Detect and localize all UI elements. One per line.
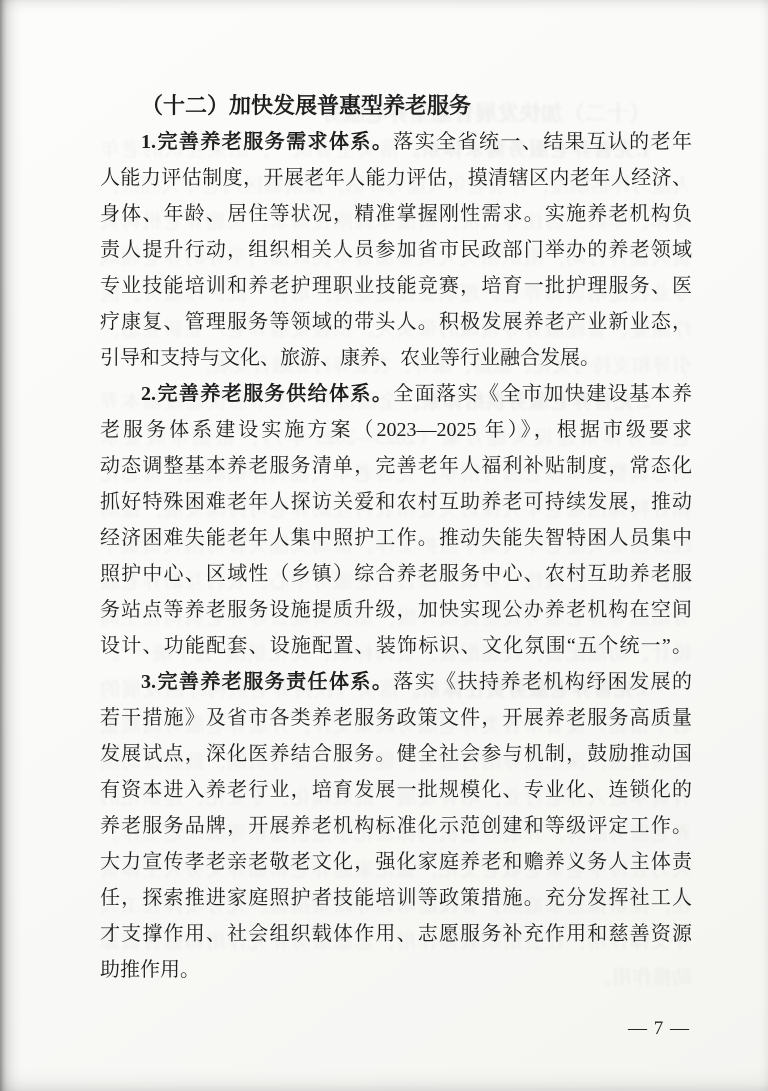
text-line: 动态调整基本养老服务清单，完善老年人福利补贴制度，常态化 xyxy=(100,448,692,484)
paragraph-text: 落实全省统一、结果互认的老年 xyxy=(393,131,692,153)
paragraph-text: 照护中心、区域性（乡镇）综合养老服务中心、农村互助养老服 xyxy=(100,563,692,585)
text-line: 责人提升行动，组织相关人员参加省市民政部门举办的养老领域 xyxy=(100,232,692,268)
text-line: 老服务体系建设实施方案（2023—2025 年）》，根据市级要求 xyxy=(100,412,692,448)
text-line: 疗康复、管理服务等领域的带头人。积极发展养老产业新业态， xyxy=(100,304,692,340)
text-line: 1.完善养老服务需求体系。落实全省统一、结果互认的老年 xyxy=(100,124,692,160)
paragraph-text: 若干措施》及省市各类养老服务政策文件，开展养老服务高质量 xyxy=(100,707,692,729)
text-line: 身体、年龄、居住等状况，精准掌握刚性需求。实施养老机构负 xyxy=(100,196,692,232)
paragraph-text: 经济困难失能老年人集中照护工作。推动失能失智特困人员集中 xyxy=(100,527,692,549)
document-page: （十二）加快发展普惠型养老服务 1.完善养老服务需求体系。落实全省统一、结果互认… xyxy=(0,0,768,1091)
paragraph-text: 人能力评估制度，开展老年人能力评估，摸清辖区内老年人经济、 xyxy=(100,167,692,189)
text-line: 有资本进入养老行业，培育发展一批规模化、专业化、连锁化的 xyxy=(100,772,692,808)
paragraph-text: 引导和支持与文化、旅游、康养、农业等行业融合发展。 xyxy=(100,347,600,369)
paragraph-text: 疗康复、管理服务等领域的带头人。积极发展养老产业新业态， xyxy=(100,311,692,333)
paragraph-text: 动态调整基本养老服务清单，完善老年人福利补贴制度，常态化 xyxy=(100,455,692,477)
paragraph-lead: 1.完善养老服务需求体系。 xyxy=(141,131,393,153)
text-line: 人能力评估制度，开展老年人能力评估，摸清辖区内老年人经济、 xyxy=(100,160,692,196)
text-line: 任，探索推进家庭照护者技能培训等政策措施。充分发挥社工人 xyxy=(100,880,692,916)
paragraph-text: 落实《扶持养老机构纾困发展的 xyxy=(393,671,692,693)
paragraph-text: 发展试点，深化医养结合服务。健全社会参与机制，鼓励推动国 xyxy=(100,743,692,765)
paragraph-lead: 3.完善养老服务责任体系。 xyxy=(141,671,393,693)
paragraph-text: 全面落实《全市加快建设基本养 xyxy=(393,383,692,405)
text-line: 务站点等养老服务设施提质升级，加快实现公办养老机构在空间 xyxy=(100,592,692,628)
text-lines: 1.完善养老服务需求体系。落实全省统一、结果互认的老年人能力评估制度，开展老年人… xyxy=(100,124,692,988)
paragraph-text: 身体、年龄、居住等状况，精准掌握刚性需求。实施养老机构负 xyxy=(100,203,692,225)
text-line: 设计、功能配套、设施配置、装饰标识、文化氛围“五个统一”。 xyxy=(100,628,692,664)
text-line: 2.完善养老服务供给体系。全面落实《全市加快建设基本养 xyxy=(100,376,692,412)
paragraph-text: 有资本进入养老行业，培育发展一批规模化、专业化、连锁化的 xyxy=(100,779,692,801)
text-line: 抓好特殊困难老年人探访关爱和农村互助养老可持续发展，推动 xyxy=(100,484,692,520)
text-line: 发展试点，深化医养结合服务。健全社会参与机制，鼓励推动国 xyxy=(100,736,692,772)
text-line: 照护中心、区域性（乡镇）综合养老服务中心、农村互助养老服 xyxy=(100,556,692,592)
document-content: （十二）加快发展普惠型养老服务 1.完善养老服务需求体系。落实全省统一、结果互认… xyxy=(100,88,692,988)
text-line: 大力宣传孝老亲老敬老文化，强化家庭养老和赡养义务人主体责 xyxy=(100,844,692,880)
scan-edge-shadow xyxy=(0,0,7,1091)
paragraph-text: 专业技能培训和养老护理职业技能竞赛，培育一批护理服务、医 xyxy=(100,275,692,297)
paragraph-text: 设计、功能配套、设施配置、装饰标识、文化氛围“五个统一”。 xyxy=(100,635,692,657)
text-line: 引导和支持与文化、旅游、康养、农业等行业融合发展。 xyxy=(100,340,692,376)
text-line: 才支撑作用、社会组织载体作用、志愿服务补充作用和慈善资源 xyxy=(100,916,692,952)
text-line: 助推作用。 xyxy=(100,952,692,988)
paragraph-text: 大力宣传孝老亲老敬老文化，强化家庭养老和赡养义务人主体责 xyxy=(100,851,692,873)
paragraph-text: 老服务体系建设实施方案（2023—2025 年）》，根据市级要求 xyxy=(100,419,692,441)
page-number: — 7 — xyxy=(628,1018,690,1040)
paragraph-text: 责人提升行动，组织相关人员参加省市民政部门举办的养老领域 xyxy=(100,239,692,261)
paragraph-text: 才支撑作用、社会组织载体作用、志愿服务补充作用和慈善资源 xyxy=(100,923,692,945)
text-line: 专业技能培训和养老护理职业技能竞赛，培育一批护理服务、医 xyxy=(100,268,692,304)
paragraph-lead: 2.完善养老服务供给体系。 xyxy=(141,383,393,405)
section-heading: （十二）加快发展普惠型养老服务 xyxy=(100,88,692,124)
paragraph-text: 务站点等养老服务设施提质升级，加快实现公办养老机构在空间 xyxy=(100,599,692,621)
text-line: 养老服务品牌，开展养老机构标准化示范创建和等级评定工作。 xyxy=(100,808,692,844)
paragraph-text: 任，探索推进家庭照护者技能培训等政策措施。充分发挥社工人 xyxy=(100,887,692,909)
text-line: 经济困难失能老年人集中照护工作。推动失能失智特困人员集中 xyxy=(100,520,692,556)
paragraph-text: 助推作用。 xyxy=(100,959,200,981)
paragraph-text: 抓好特殊困难老年人探访关爱和农村互助养老可持续发展，推动 xyxy=(100,491,692,513)
text-line: 3.完善养老服务责任体系。落实《扶持养老机构纾困发展的 xyxy=(100,664,692,700)
paragraph-text: 养老服务品牌，开展养老机构标准化示范创建和等级评定工作。 xyxy=(100,815,692,837)
text-line: 若干措施》及省市各类养老服务政策文件，开展养老服务高质量 xyxy=(100,700,692,736)
